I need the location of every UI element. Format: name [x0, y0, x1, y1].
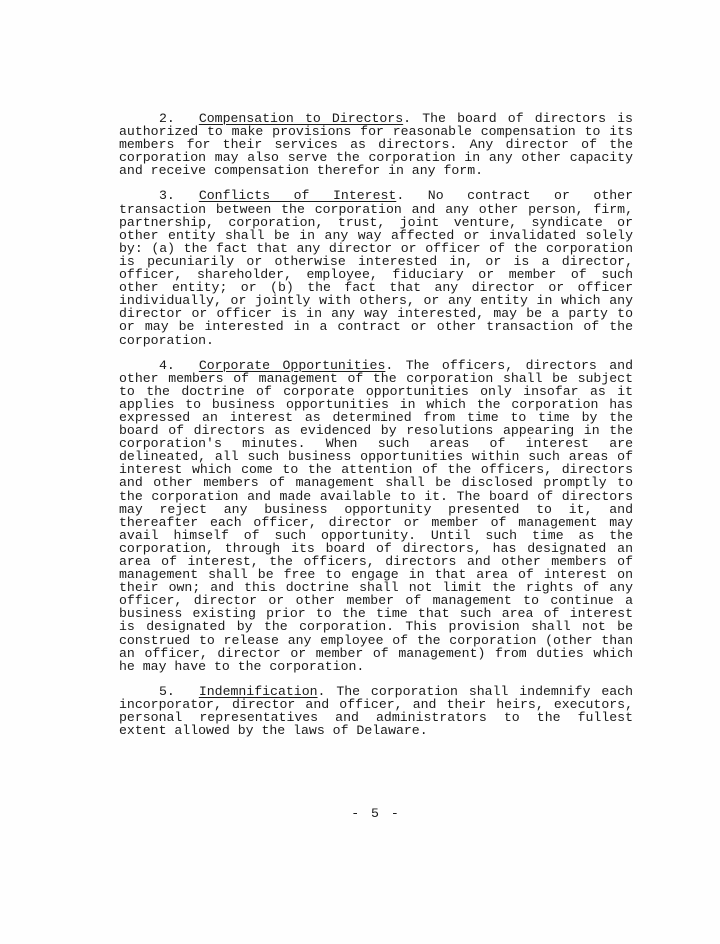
- section-paragraph-conflicts: 3.Conflicts of Interest. No contract or …: [119, 189, 633, 346]
- section-body: . The corporation shall indemnify each i…: [119, 684, 633, 738]
- section-body: . No contract or other transaction betwe…: [119, 188, 633, 347]
- section-paragraph-indemnification: 5.Indemnification. The corporation shall…: [119, 685, 633, 737]
- section-paragraph-compensation: 2.Compensation to Directors. The board o…: [119, 112, 633, 177]
- page-number: - 5 -: [119, 806, 633, 821]
- section-body: . The officers, directors and other memb…: [119, 358, 633, 674]
- document-text-block: 2.Compensation to Directors. The board o…: [119, 112, 633, 749]
- section-paragraph-opportunities: 4.Corporate Opportunities. The officers,…: [119, 359, 633, 673]
- document-page: 2.Compensation to Directors. The board o…: [0, 0, 720, 944]
